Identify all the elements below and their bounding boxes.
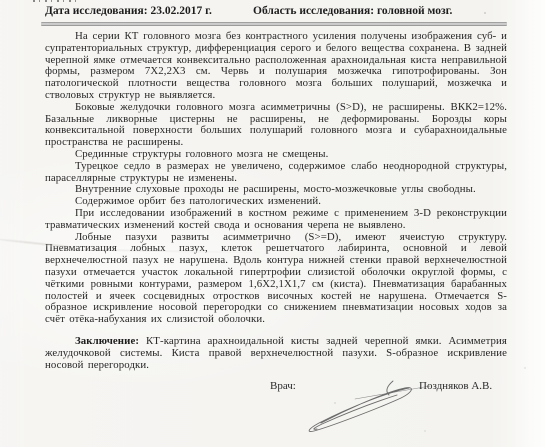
- doctor-name: Поздняков А.В.: [419, 380, 492, 392]
- report-paragraph: Турецкое седло в размерах не увеличено, …: [45, 161, 507, 185]
- doctor-label: Врач:: [270, 380, 296, 392]
- header-divider-rule: [41, 22, 507, 26]
- doctor-signature-scribble: [297, 378, 435, 434]
- report-paragraph: На серии КТ головного мозга без контраст…: [45, 31, 507, 102]
- report-paragraph: Лобные пазухи развиты асимметрично (S>=D…: [45, 232, 507, 326]
- conclusion-paragraph: Заключение: КТ-картина арахноидальной ки…: [45, 336, 507, 371]
- study-area-label: Область исследования:: [253, 5, 374, 17]
- study-area-value: головной мозг.: [377, 5, 452, 17]
- report-header: Дата исследования: 23.02.2017 г. Область…: [45, 4, 507, 19]
- report-paragraph: При исследовании изображений в костном р…: [45, 208, 507, 232]
- report-paragraph: Боковые желудочки головного мозга асимме…: [45, 102, 507, 149]
- study-area: Область исследования: головной мозг.: [253, 4, 452, 19]
- scan-noise-speckles: [484, 12, 486, 14]
- conclusion-label: Заключение:: [75, 335, 139, 347]
- scanned-report-page: { "page": { "background": "#f5f4f1", "in…: [0, 0, 545, 447]
- study-date-value: 23.02.2017 г.: [150, 5, 211, 17]
- signature-row: Врач: Поздняков А.В.: [45, 374, 507, 447]
- study-date: Дата исследования: 23.02.2017 г.: [45, 5, 212, 17]
- study-date-label: Дата исследования:: [45, 5, 148, 17]
- report-paragraph: Срединные структуры головного мозга не с…: [45, 149, 507, 161]
- report-document: Дата исследования: 23.02.2017 г. Область…: [0, 0, 545, 447]
